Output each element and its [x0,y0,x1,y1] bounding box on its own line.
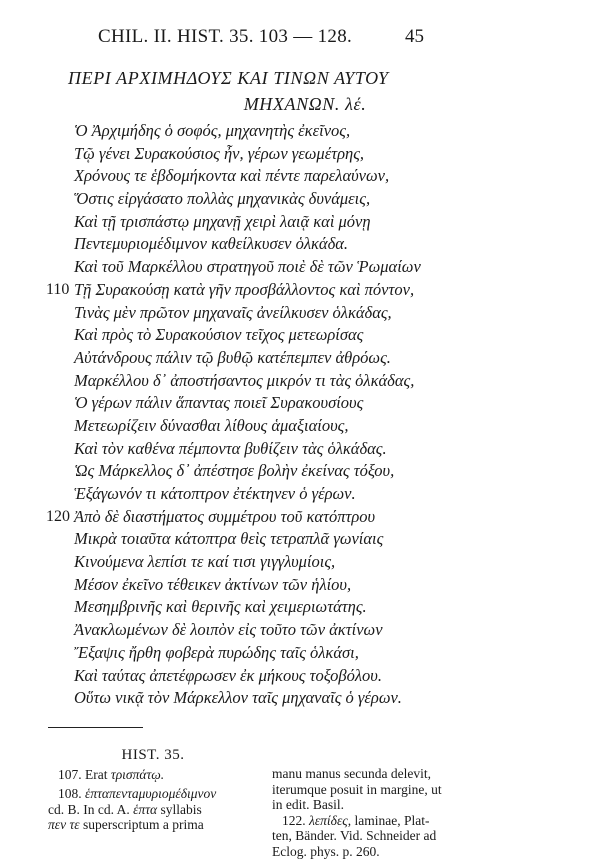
footnotes-heading: HIST. 35. [48,748,246,764]
verse-text: Μικρὰ τοιαῦτα κάτοπτρα θεὶς τετραπλᾶ γων… [74,528,383,551]
verse-line: Ἀνακλωμένων δὲ λοιπὸν εἰς τοῦτο τῶν ἀκτί… [0,619,600,642]
section-title-line-2: ΜΗΧΑΝΩΝ. λέ. [0,94,600,115]
verse-block: Ὁ Ἀρχιμήδης ὁ σοφός, μηχανητὴς ἐκεῖνος,Τ… [0,120,600,710]
note-greek: ἑπτα [133,802,157,817]
verse-text: Ἑξάγωνόν τι κάτοπτρον ἐτέκτηνεν ὁ γέρων. [74,483,356,506]
verse-line: Χρόνους τε ἑβδομήκοντα καὶ πέντε παρελαύ… [0,165,600,188]
verse-text: Καὶ ταύτας ἀπετέφρωσεν ἐκ μήκους τοξοβόλ… [74,665,382,688]
verse-text: Πεντεμυριομέδιμνον καθείλκυσεν ὁλκάδα. [74,233,348,256]
verse-line: Πεντεμυριομέδιμνον καθείλκυσεν ὁλκάδα. [0,233,600,256]
line-number: 110 [46,279,69,302]
note-text: cd. B. In cd. A. [48,802,130,817]
note-text: Eclog. phys. p. 260. [272,844,482,860]
verse-line: Τῷ γένει Συρακούσιος ἦν, γέρων γεωμέτρης… [0,143,600,166]
running-head: CHIL. II. HIST. 35. 103 — 128. [98,26,352,48]
note-text: Erat [85,767,108,782]
verse-text: Καὶ πρὸς τὸ Συρακούσιον τεῖχος μετεωρίσα… [74,324,363,347]
verse-text: Ὅστις εἰργάσατο πολλὰς μηχανικὰς δυνάμει… [74,188,370,211]
verse-line: Ὁ Ἀρχιμήδης ὁ σοφός, μηχανητὴς ἐκεῖνος, [0,120,600,143]
note-text: iterumque posuit in margine, ut [272,782,482,798]
verse-line: Ἔξαψις ἤρθη φοβερὰ πυρώδης ταῖς ὁλκάσι, [0,642,600,665]
verse-line: Καὶ τὸν καθένα πέμποντα βυθίζειν τὰς ὁλκ… [0,438,600,461]
verse-line: Αὐτάνδρους πάλιν τῷ βυθῷ κατέπεμπεν ἀθρό… [0,347,600,370]
verse-text: Ὁ Ἀρχιμήδης ὁ σοφός, μηχανητὴς ἐκεῖνος, [74,120,350,143]
footnotes-left-column: HIST. 35. 107. Erat τρισπάτῳ. 108. ἑπταπ… [48,748,246,833]
verse-line: Καὶ τοῦ Μαρκέλλου στρατηγοῦ ποιὲ δὲ τῶν … [0,256,600,279]
verse-line: Μεσημβρινῆς καὶ θερινῆς καὶ χειμεριωτάτη… [0,596,600,619]
footnotes-right-column: manu manus secunda delevit, iterumque po… [272,748,482,859]
verse-text: Τῇ Συρακούσῃ κατὰ γῆν προσβάλλοντος καὶ … [74,279,414,302]
line-number: 120 [46,506,70,529]
verse-line: Μετεωρίζειν δύνασθαι λίθους ἁμαξιαίους, [0,415,600,438]
note-greek: πεν τε [48,817,80,832]
verse-line: Μέσον ἐκεῖνο τέθεικεν ἀκτίνων τῶν ἡλίου, [0,574,600,597]
verse-text: Καὶ τὸν καθένα πέμποντα βυθίζειν τὰς ὁλκ… [74,438,387,461]
note-107: 107. Erat τρισπάτῳ. [48,767,246,783]
verse-line: 120Ἀπὸ δὲ διαστήματος συμμέτρου τοῦ κατό… [0,506,600,529]
verse-text: Τινὰς μὲν πρῶτον μηχαναῖς ἀνείλκυσεν ὁλκ… [74,302,392,325]
verse-text: Μέσον ἐκεῖνο τέθεικεν ἀκτίνων τῶν ἡλίου, [74,574,351,597]
verse-text: Χρόνους τε ἑβδομήκοντα καὶ πέντε παρελαύ… [74,165,389,188]
note-122: 122. λεπίδες, laminae, Plat- [272,813,482,829]
note-greek: ἑπταπεντaμυριομέδιμνον [85,786,216,801]
verse-text: Καὶ τοῦ Μαρκέλλου στρατηγοῦ ποιὲ δὲ τῶν … [74,256,421,279]
verse-line: Ἑξάγωνόν τι κάτοπτρον ἐτέκτηνεν ὁ γέρων. [0,483,600,506]
verse-text: Ἔξαψις ἤρθη φοβερὰ πυρώδης ταῖς ὁλκάσι, [74,642,359,665]
verse-line: 110Τῇ Συρακούσῃ κατὰ γῆν προσβάλλοντος κ… [0,279,600,302]
note-text: in edit. Basil. [272,797,482,813]
verse-text: Ὡς Μάρκελλος δ᾽ ἀπέστησε βολὴν ἐκείνας τ… [74,460,394,483]
verse-text: Ὁ γέρων πάλιν ἅπαντας ποιεῖ Συρακουσίους [74,392,363,415]
page-header: CHIL. II. HIST. 35. 103 — 128. 45 [0,26,600,50]
verse-line: Κινούμενα λεπίσι τε καί τισι γιγγλυμίοις… [0,551,600,574]
verse-line: Καὶ τῇ τρισπάστῳ μηχανῇ χειρὶ λαιᾷ καὶ μ… [0,211,600,234]
page-number: 45 [405,26,424,48]
note-text: ten, Bänder. Vid. Schneider ad [272,828,482,844]
verse-line: Μικρὰ τοιαῦτα κάτοπτρα θεὶς τετραπλᾶ γων… [0,528,600,551]
note-number: 108. [58,786,82,801]
verse-text: Αὐτάνδρους πάλιν τῷ βυθῷ κατέπεμπεν ἀθρό… [74,347,391,370]
note-108: 108. ἑπταπεντaμυριομέδιμνον cd. B. In cd… [48,786,246,833]
verse-line: Τινὰς μὲν πρῶτον μηχαναῖς ἀνείλκυσεν ὁλκ… [0,302,600,325]
verse-text: Ἀνακλωμένων δὲ λοιπὸν εἰς τοῦτο τῶν ἀκτί… [74,619,383,642]
verse-line: Οὕτω νικᾷ τὸν Μάρκελλον ταῖς μηχαναῖς ὁ … [0,687,600,710]
verse-text: Καὶ τῇ τρισπάστῳ μηχανῇ χειρὶ λαιᾷ καὶ μ… [74,211,371,234]
verse-text: Μεσημβρινῆς καὶ θερινῆς καὶ χειμεριωτάτη… [74,596,367,619]
verse-line: Μαρκέλλου δ᾽ ἀποστήσαντος μικρόν τι τὰς … [0,370,600,393]
note-number: 107. [58,767,82,782]
note-number: 122. [282,813,306,828]
note-text: manu manus secunda delevit, [272,766,482,782]
verse-text: Οὕτω νικᾷ τὸν Μάρκελλον ταῖς μηχαναῖς ὁ … [74,687,402,710]
verse-line: Ὅστις εἰργάσατο πολλὰς μηχανικὰς δυνάμει… [0,188,600,211]
footnote-rule [48,727,143,728]
verse-line: Καὶ ταύτας ἀπετέφρωσεν ἐκ μήκους τοξοβόλ… [0,665,600,688]
note-text: superscriptum a prima [83,817,204,832]
verse-line: Ὡς Μάρκελλος δ᾽ ἀπέστησε βολὴν ἐκείνας τ… [0,460,600,483]
note-greek: τρισπάτῳ. [111,767,164,782]
verse-text: Τῷ γένει Συρακούσιος ἦν, γέρων γεωμέτρης… [74,143,364,166]
section-title-line-1: ΠΕΡΙ ΑΡΧΙΜΗΔΟΥΣ ΚΑΙ ΤΙΝΩΝ ΑΥΤΟΥ [68,68,600,89]
verse-text: Κινούμενα λεπίσι τε καί τισι γιγγλυμίοις… [74,551,335,574]
note-text: syllabis [161,802,202,817]
verse-text: Μετεωρίζειν δύνασθαι λίθους ἁμαξιαίους, [74,415,348,438]
note-text: , laminae, Plat- [348,813,430,828]
note-greek: λεπίδες [309,813,348,828]
verse-text: Μαρκέλλου δ᾽ ἀποστήσαντος μικρόν τι τὰς … [74,370,414,393]
verse-text: Ἀπὸ δὲ διαστήματος συμμέτρου τοῦ κατόπτρ… [74,506,375,529]
verse-line: Ὁ γέρων πάλιν ἅπαντας ποιεῖ Συρακουσίους [0,392,600,415]
verse-line: Καὶ πρὸς τὸ Συρακούσιον τεῖχος μετεωρίσα… [0,324,600,347]
